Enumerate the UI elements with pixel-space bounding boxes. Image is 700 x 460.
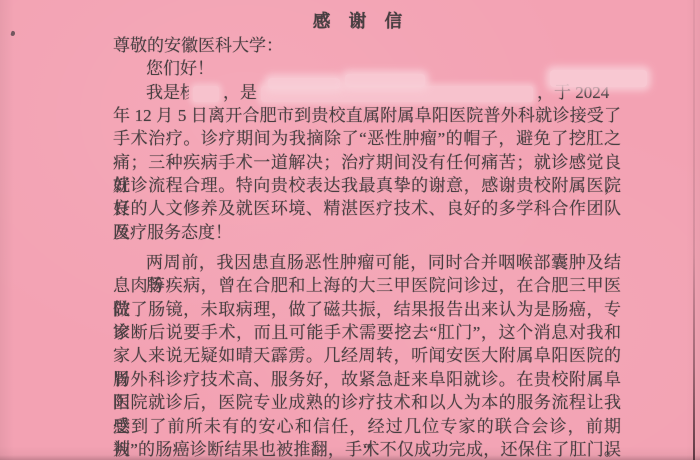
scan-edge-artifact: [693, 0, 695, 460]
letter-line: 息肉等疾病，曾在合肥和上海的大三甲医院问诊过，在合肥三甲医院: [113, 274, 621, 297]
erasure-mark: [268, 78, 340, 89]
letter-line: 痛；三种疾病手术一道解决；治疗期间没有任何痛苦；就诊感觉良好，: [113, 151, 621, 174]
letter-line: 受到了前所未有的安心和信任，经过几位专家的联合会诊，前期被“误: [113, 415, 621, 438]
letter-line: 就诊流程合理。特向贵校表达我最真挚的谢意，感谢贵校附属医院良: [113, 174, 621, 197]
letter-line: 家人来说无疑如晴天霹雳。几经周转，听闻安医大附属阜阳医院的胃: [113, 344, 621, 367]
redacted-line-text: ，是: [223, 83, 257, 102]
letter-line: 两周前，我因患直肠恶性肿瘤可能，同时合并咽喉部囊肿及结肠: [113, 251, 621, 274]
letter-line: 肠外科诊疗技术高、服务好，故紧急赶来阜阳就诊。在贵校附属阜阳: [113, 368, 621, 391]
letter-line: 好的人文修养及就医环境、精湛医疗技术、良好的多学科合作团队及: [113, 197, 621, 220]
redacted-line-text: 我是: [146, 83, 180, 102]
letter-title: 感 谢 信: [0, 8, 700, 33]
letter-line: 医疗服务态度！: [113, 221, 621, 244]
letter-line: 诊断后说要手术，而且可能手术需要挖去“肛门”，这个消息对我和: [113, 321, 621, 344]
partially-redacted-char: 核: [180, 81, 189, 104]
scanned-letter-page: 感 谢 信 尊敬的安徽医科大学：您们好！我是核，是，于 2024年 12 月 5…: [0, 0, 700, 460]
letter-line: 年 12 月 5 日离开合肥市到贵校直属附属阜阳医院普外科就诊接受了: [113, 104, 621, 127]
ink-speck: [10, 31, 15, 37]
erasure-mark: [550, 70, 647, 87]
scan-bottom-shadow: [0, 455, 700, 460]
letter-line: 手术治疗。诊疗期间为我摘除了“恶性肿瘤”的帽子，避免了挖肛之: [113, 127, 621, 150]
erasure-mark: [345, 74, 425, 87]
letter-body: 尊敬的安徽医科大学：您们好！我是核，是，于 2024年 12 月 5 日离开合肥…: [113, 34, 621, 460]
letter-line: 做了肠镜，未取病理，做了磁共振，结果报告出来认为是肠癌，专家: [113, 298, 621, 321]
letter-line: 尊敬的安徽医科大学：: [113, 34, 621, 57]
letter-line: 医院就诊后，医院专业成熟的诊疗技术和以人为本的服务流程让我感: [113, 391, 621, 414]
redaction-patch: [193, 86, 219, 102]
